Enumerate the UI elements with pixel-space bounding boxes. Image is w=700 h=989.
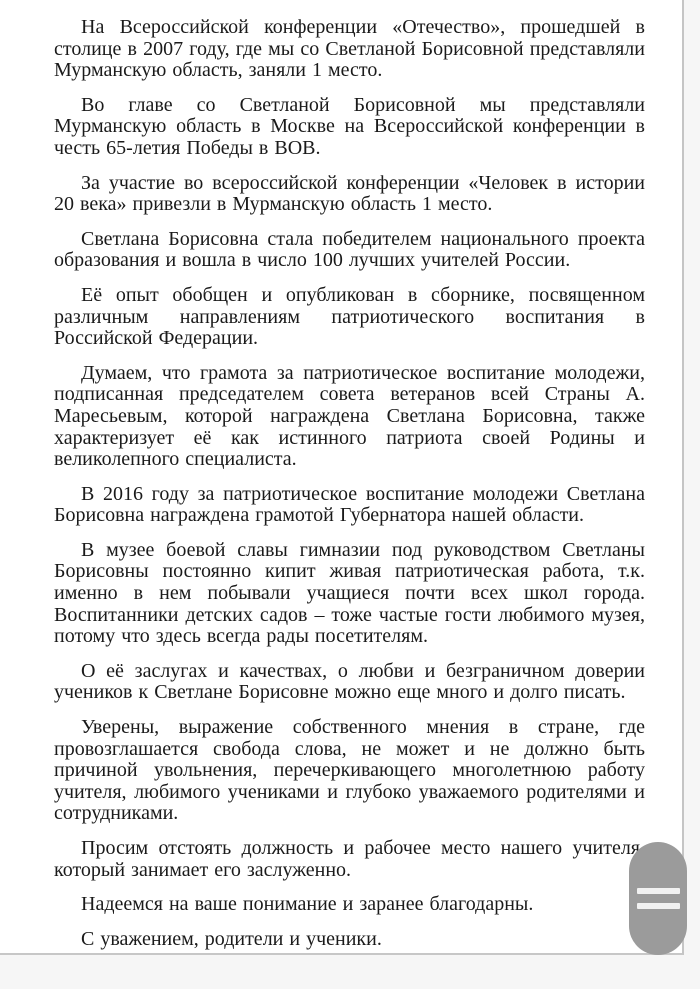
paragraph-4: Светлана Борисовна стала победителем нац… <box>54 229 645 272</box>
paragraph-11: Просим отстоять должность и рабочее мест… <box>54 838 645 881</box>
paragraph-10: Уверены, выражение собственного мнения в… <box>54 717 645 825</box>
scroll-handle[interactable] <box>629 842 687 955</box>
paragraph-9: О её заслугах и качествах, о любви и без… <box>54 661 645 704</box>
paragraph-5: Её опыт обобщен и опубликован в сборнике… <box>54 285 645 350</box>
paragraph-2: Во главе со Светланой Борисовной мы пред… <box>54 95 645 160</box>
document-viewer: На Всероссийской конференции «Отечество»… <box>0 0 700 989</box>
paragraph-6: Думаем, что грамота за патриотическое во… <box>54 363 645 471</box>
document-text: На Всероссийской конференции «Отечество»… <box>54 17 645 963</box>
grip-lines-icon <box>637 903 680 909</box>
paragraph-12: Надеемся на ваше понимание и заранее бла… <box>54 894 645 916</box>
paragraph-7: В 2016 году за патриотическое воспитание… <box>54 484 645 527</box>
paragraph-13: С уважением, родители и ученики. <box>54 929 645 951</box>
document-page: На Всероссийской конференции «Отечество»… <box>0 0 684 955</box>
grip-lines-icon <box>637 888 680 894</box>
paragraph-3: За участие во всероссийской конференции … <box>54 173 645 216</box>
paragraph-8: В музее боевой славы гимназии под руково… <box>54 540 645 648</box>
paragraph-1: На Всероссийской конференции «Отечество»… <box>54 17 645 82</box>
